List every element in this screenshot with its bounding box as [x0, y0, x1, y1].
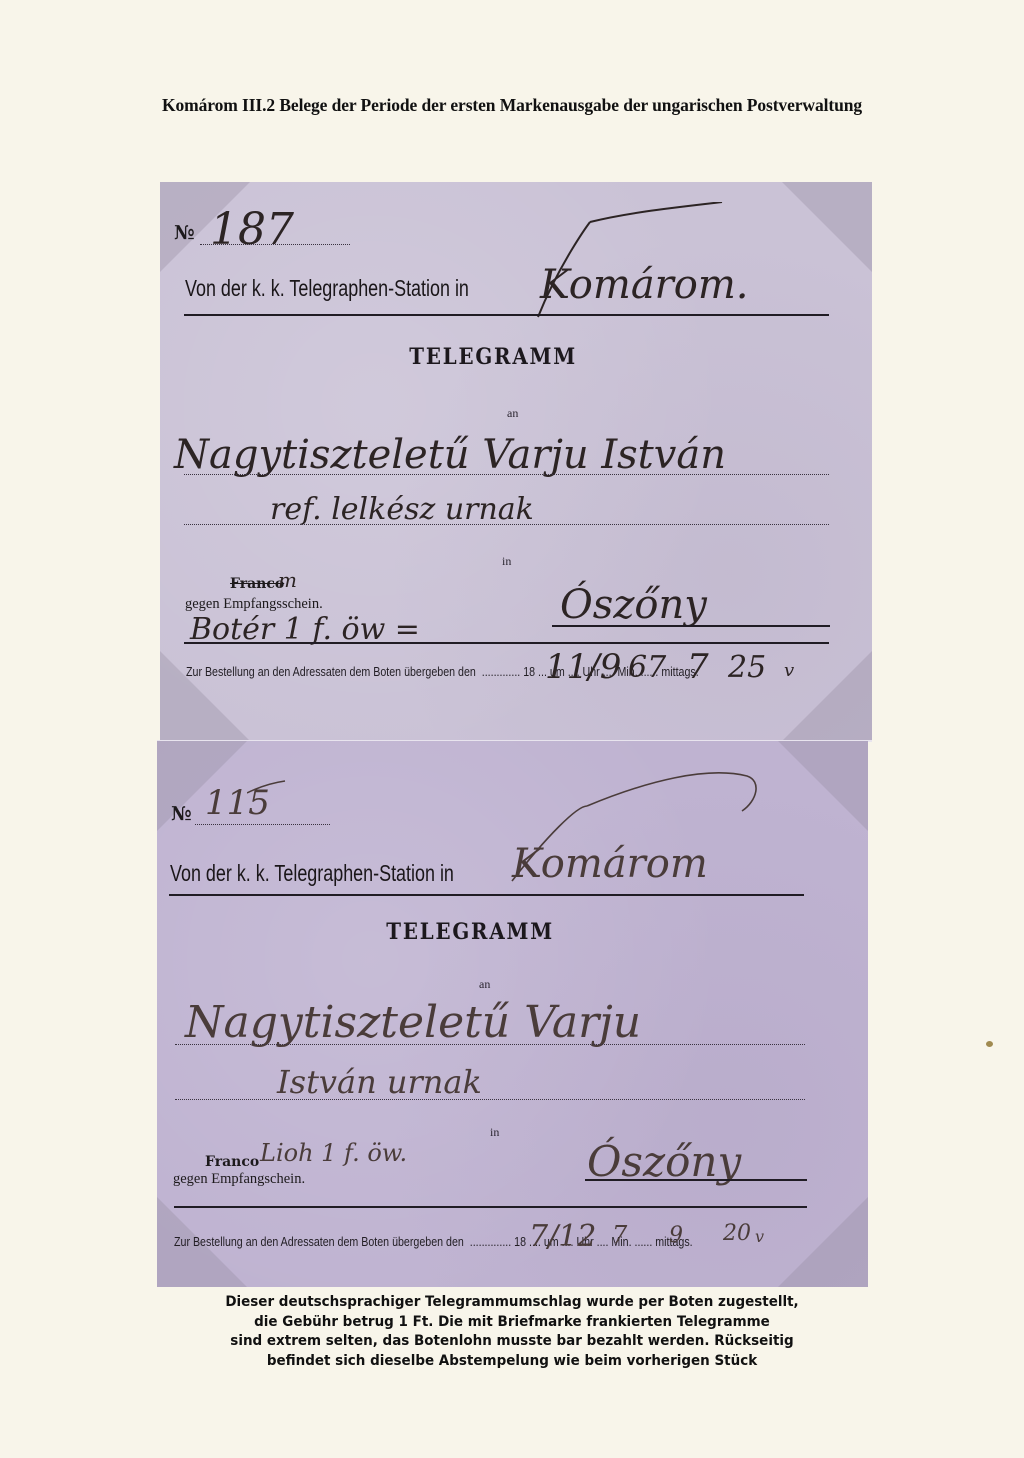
telegram-card-115: № 115 Von der k. k. Telegraphen-Station … — [157, 741, 868, 1287]
delivery-line: Zur Bestellung an den Adressaten dem Bot… — [186, 664, 699, 679]
recipient-dotted-line-1 — [184, 474, 829, 475]
recipient-dotted-line-2 — [184, 524, 829, 525]
caption-line: befindet sich dieselbe Abstempelung wie … — [157, 1352, 868, 1372]
caption: Dieser deutschsprachiger Telegrammumschl… — [157, 1293, 868, 1371]
delivery-date-handwritten: 11/9 — [545, 647, 621, 687]
delivery-hour-handwritten: 9 — [669, 1223, 683, 1248]
station-underline — [169, 894, 804, 896]
destination-underline — [552, 625, 830, 627]
in-label: in — [490, 1125, 499, 1140]
gegen-label: gegen Empfangsschein. — [185, 596, 323, 613]
station-flourish — [530, 202, 730, 322]
delivery-minutes-handwritten: 20 — [723, 1221, 751, 1246]
gegen-label: gegen Empfangschein. — [173, 1171, 305, 1188]
caption-line: Dieser deutschsprachiger Telegrammumschl… — [157, 1293, 868, 1313]
delivery-minutes-handwritten: 25 — [728, 650, 766, 685]
number-flourish — [247, 779, 287, 799]
recipient-line-2: István urnak — [277, 1063, 482, 1101]
station-underline — [184, 314, 829, 316]
number-label: № — [171, 803, 192, 825]
an-label: an — [479, 977, 490, 992]
franco-handwritten: m — [278, 568, 297, 592]
destination-handwritten: Ószőny — [560, 582, 707, 628]
paper-spot — [986, 1041, 993, 1047]
telegramm-heading: TELEGRAMM — [409, 344, 577, 370]
station-flourish — [507, 766, 767, 886]
ampm-handwritten: v — [755, 1227, 764, 1246]
delivery-hour-handwritten: 7 — [687, 647, 709, 687]
ampm-handwritten: v — [784, 660, 794, 681]
franco-label-struck: Franco — [230, 576, 284, 592]
mount-corner — [778, 1197, 868, 1287]
delivery-year-handwritten: 67 — [628, 650, 666, 685]
station-label: Von der k. k. Telegraphen-Station in — [185, 275, 469, 302]
mount-corner — [778, 741, 868, 831]
mount-corner — [782, 182, 872, 272]
telegramm-heading: TELEGRAMM — [386, 919, 554, 945]
number-dotted-line — [195, 824, 330, 825]
an-label: an — [507, 406, 518, 421]
destination-underline — [585, 1179, 807, 1181]
delivery-label: Zur Bestellung an den Adressaten dem Bot… — [174, 1234, 464, 1249]
delivery-year-handwritten: 7 — [612, 1221, 627, 1249]
form-divider-line — [174, 1206, 807, 1208]
year-prefix: 18 — [523, 664, 535, 679]
recipient-line-1: Nagytiszteletű Varju István — [174, 432, 726, 478]
number-handwritten: 187 — [210, 204, 294, 255]
recipient-line-1: Nagytiszteletű Varju — [185, 997, 641, 1048]
number-label: № — [174, 222, 195, 244]
caption-line: sind extrem selten, das Botenlohn musste… — [157, 1332, 868, 1352]
caption-line: die Gebühr betrug 1 Ft. Die mit Briefmar… — [157, 1313, 868, 1333]
delivery-date-handwritten: 7/12 — [529, 1219, 596, 1254]
delivery-label: Zur Bestellung an den Adressaten dem Bot… — [186, 664, 476, 679]
recipient-dotted-line-2 — [175, 1099, 805, 1100]
year-prefix: 18 — [514, 1234, 526, 1249]
in-label: in — [502, 554, 511, 569]
fee-handwritten: Lioh 1 f. öw. — [260, 1139, 407, 1167]
page-title: Komárom III.2 Belege der Periode der ers… — [0, 95, 1024, 116]
mount-corner — [782, 651, 872, 741]
station-label: Von der k. k. Telegraphen-Station in — [170, 860, 454, 887]
telegram-card-187: № 187 Von der k. k. Telegraphen-Station … — [160, 182, 872, 741]
franco-label: Franco — [205, 1154, 259, 1170]
form-divider-line — [184, 642, 829, 644]
recipient-dotted-line-1 — [175, 1044, 805, 1045]
recipient-line-2: ref. lelkész urnak — [270, 492, 534, 527]
